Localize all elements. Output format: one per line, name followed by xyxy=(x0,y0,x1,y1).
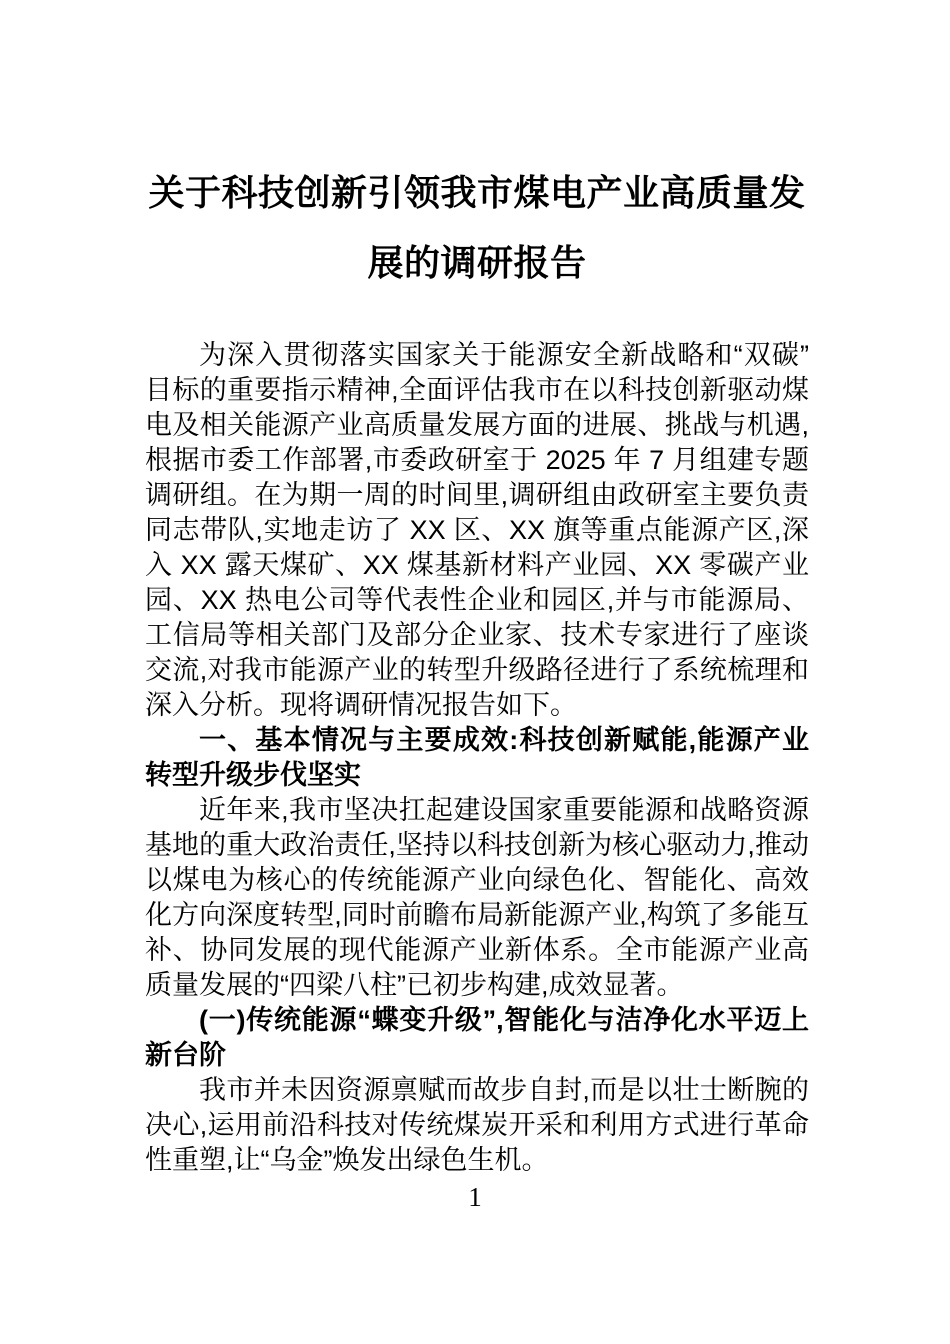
paragraph-subsection-1-1: 我市并未因资源禀赋而故步自封,而是以壮士断腕的决心,运用前沿科技对传统煤炭开采和… xyxy=(145,1073,809,1178)
heading-section-1: 一、基本情况与主要成效:科技创新赋能,能源产业转型升级步伐坚实 xyxy=(145,723,809,793)
document-title: 关于科技创新引领我市煤电产业高质量发展的调研报告 xyxy=(145,158,809,298)
document-page: 关于科技创新引领我市煤电产业高质量发展的调研报告 为深入贯彻落实国家关于能源安全… xyxy=(0,0,950,1344)
document-content: 关于科技创新引领我市煤电产业高质量发展的调研报告 为深入贯彻落实国家关于能源安全… xyxy=(145,0,809,1178)
heading-subsection-1-1: (一)传统能源“蝶变升级”,智能化与洁净化水平迈上新台阶 xyxy=(145,1003,809,1073)
page-number: 1 xyxy=(0,1180,950,1215)
paragraph-introduction: 为深入贯彻落实国家关于能源安全新战略和“双碳”目标的重要指示精神,全面评估我市在… xyxy=(145,338,809,723)
paragraph-section-1-overview: 近年来,我市坚决扛起建设国家重要能源和战略资源基地的重大政治责任,坚持以科技创新… xyxy=(145,793,809,1003)
